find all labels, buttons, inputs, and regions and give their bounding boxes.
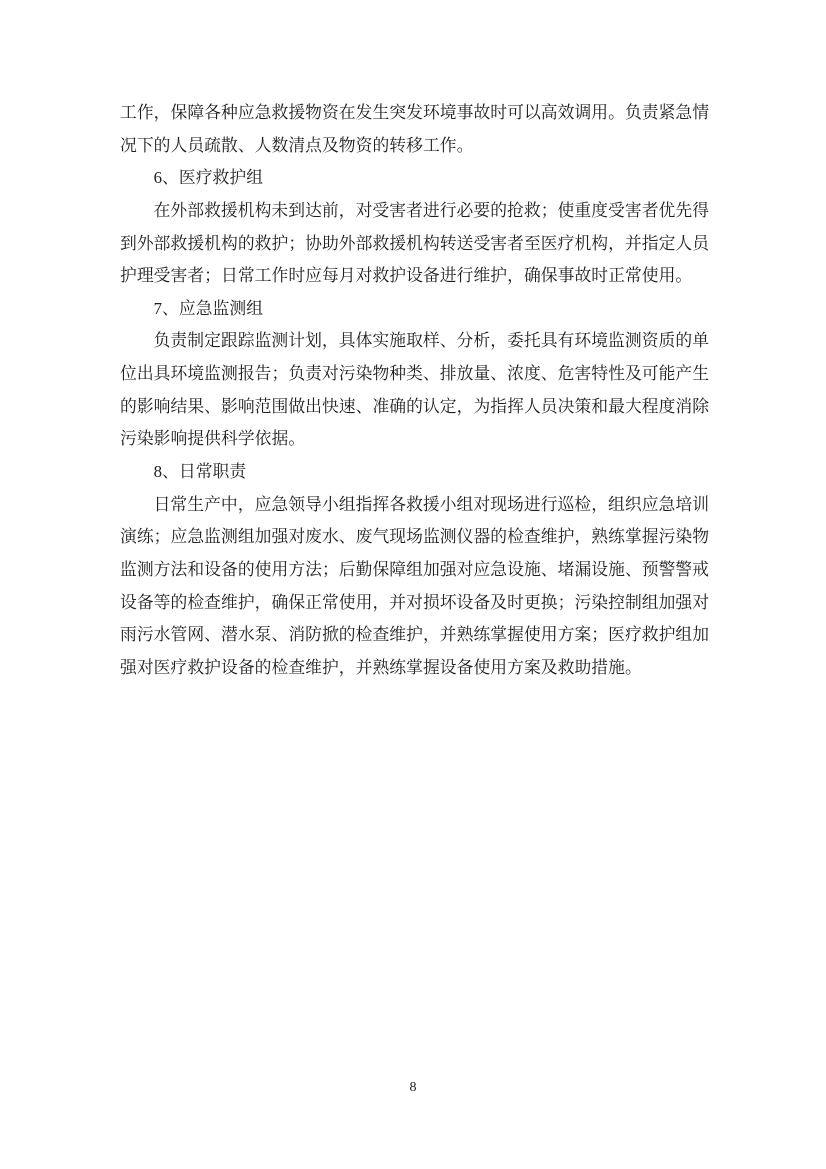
paragraph-emergency-monitoring: 负责制定跟踪监测计划，具体实施取样、分析，委托具有环境监测资质的单 位出具环境监… xyxy=(120,325,712,456)
text-line: 污染影响提供科学依据。 xyxy=(120,423,712,456)
page-footer: 8 xyxy=(0,1078,826,1098)
text-line: 监测方法和设备的使用方法；后勤保障组加强对应急设施、堵漏设施、预警警戒 xyxy=(120,554,712,587)
text-line: 在外部救援机构未到达前，对受害者进行必要的抢救；使重度受害者优先得 xyxy=(120,195,712,228)
text-line: 日常生产中，应急领导小组指挥各救援小组对现场进行巡检，组织应急培训 xyxy=(120,489,712,522)
paragraph-daily-duties: 日常生产中，应急领导小组指挥各救援小组对现场进行巡检，组织应急培训 演练；应急监… xyxy=(120,489,712,685)
text-line: 的影响结果、影响范围做出快速、准确的认定，为指挥人员决策和最大程度消除 xyxy=(120,391,712,424)
section-heading-medical-rescue: 6、医疗救护组 xyxy=(120,162,712,195)
document-body: 工作，保障各种应急救援物资在发生突发环境事故时可以高效调用。负责紧急情 况下的人… xyxy=(120,97,712,685)
paragraph-continuation: 工作，保障各种应急救援物资在发生突发环境事故时可以高效调用。负责紧急情 况下的人… xyxy=(120,97,712,162)
text-line: 雨污水管网、潜水泵、消防掀的检查维护，并熟练掌握使用方案；医疗救护组加 xyxy=(120,619,712,652)
heading-line: 8、日常职责 xyxy=(120,456,712,489)
text-line: 负责制定跟踪监测计划，具体实施取样、分析，委托具有环境监测资质的单 xyxy=(120,325,712,358)
heading-line: 7、应急监测组 xyxy=(120,293,712,326)
section-heading-emergency-monitoring: 7、应急监测组 xyxy=(120,293,712,326)
text-line: 设备等的检查维护，确保正常使用，并对损坏设备及时更换；污染控制组加强对 xyxy=(120,587,712,620)
text-line: 强对医疗救护设备的检查维护，并熟练掌握设备使用方案及救助措施。 xyxy=(120,652,712,685)
section-heading-daily-duties: 8、日常职责 xyxy=(120,456,712,489)
text-line: 位出具环境监测报告；负责对污染物种类、排放量、浓度、危害特性及可能产生 xyxy=(120,358,712,391)
text-line: 护理受害者；日常工作时应每月对救护设备进行维护，确保事故时正常使用。 xyxy=(120,260,712,293)
text-line: 工作，保障各种应急救援物资在发生突发环境事故时可以高效调用。负责紧急情 xyxy=(120,97,712,130)
page-number: 8 xyxy=(410,1080,417,1095)
text-line: 况下的人员疏散、人数清点及物资的转移工作。 xyxy=(120,130,712,163)
text-line: 演练；应急监测组加强对废水、废气现场监测仪器的检查维护，熟练掌握污染物 xyxy=(120,521,712,554)
text-line: 到外部救援机构的救护；协助外部救援机构转送受害者至医疗机构，并指定人员 xyxy=(120,228,712,261)
paragraph-medical-rescue: 在外部救援机构未到达前，对受害者进行必要的抢救；使重度受害者优先得 到外部救援机… xyxy=(120,195,712,293)
document-page: 工作，保障各种应急救援物资在发生突发环境事故时可以高效调用。负责紧急情 况下的人… xyxy=(0,0,826,1169)
heading-line: 6、医疗救护组 xyxy=(120,162,712,195)
